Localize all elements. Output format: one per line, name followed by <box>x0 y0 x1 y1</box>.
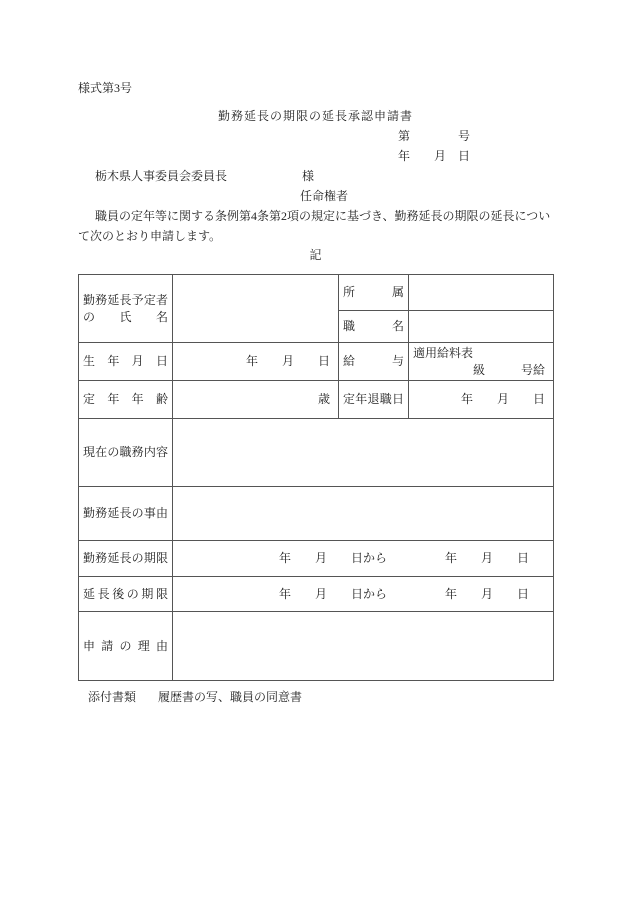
document-page: 様式第3号 勤務延長の期限の延長承認申請書 第 号 年 月 日 栃木県人事委員会… <box>0 0 630 707</box>
extension-period-to: 年 月 日 <box>445 551 529 565</box>
table-row: 勤務延長の事由 <box>79 487 554 541</box>
attachment-label: 添付書類 <box>88 687 136 707</box>
body-line-1: 職員の定年等に関する条例第4条第2項の規定に基づき、勤務延長の期限の延長につい <box>78 206 553 226</box>
extension-period-label-cell: 勤務延長の期限 <box>79 541 173 577</box>
extension-period-from: 年 月 日から <box>279 551 387 565</box>
salary-table-label: 適用給料表 <box>413 345 549 362</box>
table-row: 定年年齢 歳 定年退職日 年 月 日 <box>79 381 554 419</box>
attachment-text: 履歴書の写、職員の同意書 <box>158 687 302 707</box>
table-row: 勤務延長予定者 の氏名 所属 <box>79 275 554 311</box>
attachment-note: 添付書類 履歴書の写、職員の同意書 <box>88 687 553 707</box>
extended-period-to: 年 月 日 <box>445 587 529 601</box>
current-duties-value-cell <box>173 419 554 487</box>
body-paragraph: 職員の定年等に関する条例第4条第2項の規定に基づき、勤務延長の期限の延長につい … <box>78 206 553 246</box>
record-marker: 記 <box>78 248 553 263</box>
doc-meta: 第 号 年 月 日 <box>398 126 553 166</box>
job-title-value-cell <box>409 311 554 343</box>
birth-date-value-cell: 年 月 日 <box>173 343 339 381</box>
name-label-cell: 勤務延長予定者 の氏名 <box>79 275 173 343</box>
affiliation-label-cell: 所属 <box>339 275 409 311</box>
extended-period-value-cell: 年 月 日から年 月 日 <box>173 577 554 612</box>
extended-period-from: 年 月 日から <box>279 587 387 601</box>
document-title: 勤務延長の期限の延長承認申請書 <box>78 106 553 126</box>
application-reason-label-cell: 申請の理由 <box>79 612 173 681</box>
salary-label-cell: 給与 <box>339 343 409 381</box>
application-table: 勤務延長予定者 の氏名 所属 職名 生年月日 年 月 日 給与 適用給料表 級 … <box>78 274 554 681</box>
application-reason-value-cell <box>173 612 554 681</box>
job-title-label-cell: 職名 <box>339 311 409 343</box>
name-value-cell <box>173 275 339 343</box>
birth-date-label-cell: 生年月日 <box>79 343 173 381</box>
extension-reason-label-cell: 勤務延長の事由 <box>79 487 173 541</box>
name-label-line1: 勤務延長予定者 <box>83 292 168 309</box>
current-duties-label-cell: 現在の職務内容 <box>79 419 173 487</box>
retirement-age-label-cell: 定年年齢 <box>79 381 173 419</box>
extension-reason-value-cell <box>173 487 554 541</box>
addressee-name: 栃木県人事委員会委員長 <box>95 166 227 186</box>
addressee-line: 栃木県人事委員会委員長 様 <box>95 166 553 186</box>
table-row: 生年月日 年 月 日 給与 適用給料表 級 号給 <box>79 343 554 381</box>
affiliation-value-cell <box>409 275 554 311</box>
date-line: 年 月 日 <box>398 146 553 166</box>
table-row: 申請の理由 <box>79 612 554 681</box>
retirement-date-label-cell: 定年退職日 <box>339 381 409 419</box>
retirement-date-value-cell: 年 月 日 <box>409 381 554 419</box>
table-row: 現在の職務内容 <box>79 419 554 487</box>
salary-value-cell: 適用給料表 級 号給 <box>409 343 554 381</box>
honorific: 様 <box>302 166 314 186</box>
name-label-line2: の氏名 <box>83 309 168 326</box>
doc-number-line: 第 号 <box>398 126 553 146</box>
body-line-2: て次のとおり申請します。 <box>78 226 553 246</box>
extension-period-value-cell: 年 月 日から年 月 日 <box>173 541 554 577</box>
table-row: 勤務延長の期限 年 月 日から年 月 日 <box>79 541 554 577</box>
retirement-age-value-cell: 歳 <box>173 381 339 419</box>
form-number: 様式第3号 <box>78 78 553 98</box>
appointer-label: 任命権者 <box>300 186 553 206</box>
extended-period-label-cell: 延長後の期限 <box>79 577 173 612</box>
table-row: 延長後の期限 年 月 日から年 月 日 <box>79 577 554 612</box>
salary-grade-line: 級 号給 <box>413 362 549 379</box>
